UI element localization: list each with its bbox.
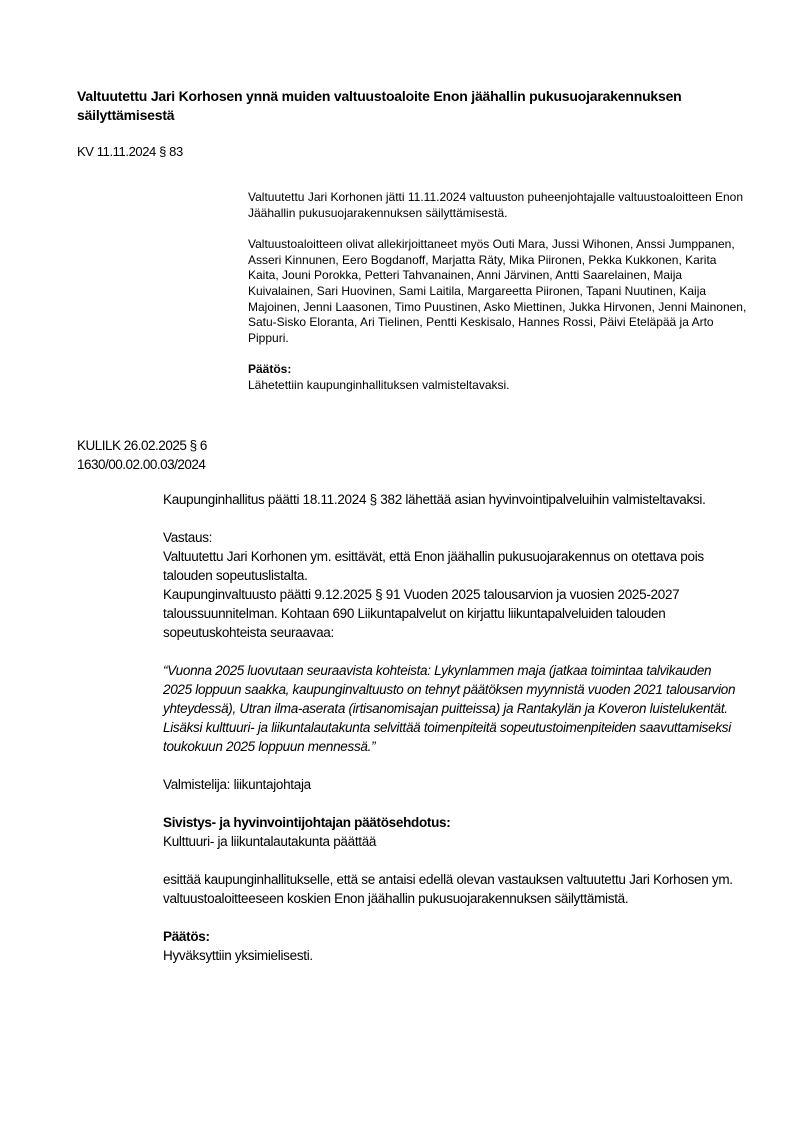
kulilk-intro: Kaupunginhallitus päätti 18.11.2024 § 38… xyxy=(163,490,743,509)
proposal-heading: Sivistys- ja hyvinvointijohtajan päätöse… xyxy=(163,813,743,832)
answer-paragraph-2: Kaupunginvaltuusto päätti 9.12.2025 § 91… xyxy=(163,585,743,642)
kv-section: Valtuutettu Jari Korhonen jätti 11.11.20… xyxy=(248,190,748,410)
kulilk-section: Kaupunginhallitus päätti 18.11.2024 § 38… xyxy=(163,490,743,965)
kv-decision-text: Lähetettiin kaupunginhallituksen valmist… xyxy=(248,378,748,394)
preparer-line: Valmistelija: liikuntajohtaja xyxy=(163,775,743,794)
answer-paragraph-1: Valtuutettu Jari Korhonen ym. esittävät,… xyxy=(163,547,743,585)
kulilk-meeting-line: KULILK 26.02.2025 § 6 xyxy=(77,436,207,455)
kv-meeting-reference: KV 11.11.2024 § 83 xyxy=(77,144,183,160)
kv-paragraph-submission: Valtuutettu Jari Korhonen jätti 11.11.20… xyxy=(248,190,748,221)
kv-decision-heading: Päätös: xyxy=(248,362,748,378)
answer-heading: Vastaus: xyxy=(163,528,743,547)
document-title: Valtuutettu Jari Korhosen ynnä muiden va… xyxy=(77,87,757,125)
proposal-text: esittää kaupunginhallitukselle, että se … xyxy=(163,870,743,908)
kv-paragraph-signatories: Valtuustoaloitteen olivat allekirjoittan… xyxy=(248,237,748,346)
kulilk-meeting-reference: KULILK 26.02.2025 § 6 1630/00.02.00.03/2… xyxy=(77,436,207,474)
budget-quote: “Vuonna 2025 luovutaan seuraavista kohte… xyxy=(163,661,743,756)
decision-heading: Päätös: xyxy=(163,927,743,946)
decision-text: Hyväksyttiin yksimielisesti. xyxy=(163,946,743,965)
case-number: 1630/00.02.00.03/2024 xyxy=(77,455,207,474)
proposal-line: Kulttuuri- ja liikuntalautakunta päättää xyxy=(163,832,743,851)
